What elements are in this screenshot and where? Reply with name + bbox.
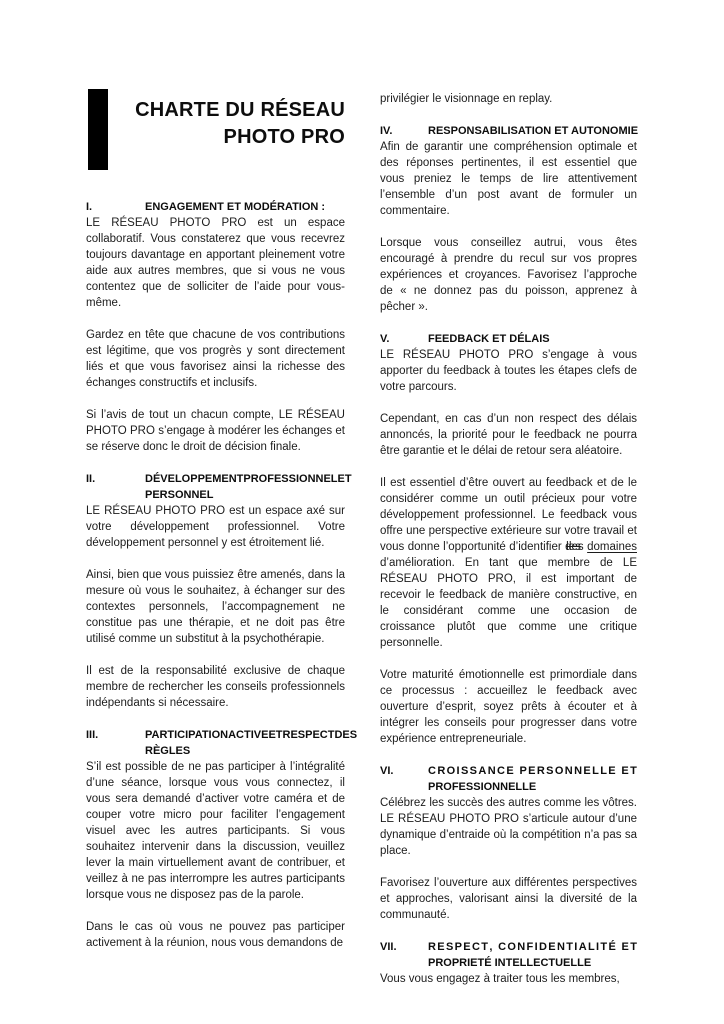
logo-bar <box>88 89 108 170</box>
heading-line: RESPONSABILISATION ET AUTONOMIE <box>428 123 637 139</box>
paragraph-continuation: privilégier le visionnage en replay. <box>380 91 637 107</box>
heading-line: PROPRIETÉ INTELLECTUELLE <box>428 955 637 971</box>
heading-line: CROISSANCE PERSONNELLE ET <box>428 763 637 779</box>
section-heading-7: VII. RESPECT, CONFIDENTIALITÉ ET PROPRIE… <box>380 939 637 971</box>
heading-line: RÈGLES <box>145 743 345 759</box>
section-number: IV. <box>380 123 428 139</box>
section-heading-1: I. ENGAGEMENT ET MODÉRATION : <box>86 199 345 215</box>
section-number: III. <box>86 727 145 759</box>
paragraph: Cependant, en cas d’un non respect des d… <box>380 411 637 459</box>
section-number: II. <box>86 471 145 503</box>
paragraph: Célébrez les succès des autres comme les… <box>380 795 637 859</box>
underlined-text: domaines <box>587 541 637 553</box>
paragraph: Ainsi, bien que vous puissiez être amené… <box>86 567 345 647</box>
page-title: CHARTE DU RÉSEAU PHOTO PRO <box>110 97 345 151</box>
section-number: VII. <box>380 939 428 971</box>
section-heading-2: II. DÉVELOPPEMENTPROFESSIONNELET PERSONN… <box>86 471 345 503</box>
heading-line: ENGAGEMENT ET MODÉRATION : <box>145 199 345 215</box>
heading-line: DÉVELOPPEMENTPROFESSIONNELET <box>145 471 345 487</box>
section-heading-5: V. FEEDBACK ET DÉLAIS <box>380 331 637 347</box>
paragraph-with-revision: Il est essentiel d’être ouvert au feedba… <box>380 475 637 651</box>
page-title-line-1: CHARTE DU RÉSEAU <box>110 97 345 124</box>
paragraph: Si l’avis de tout un chacun compte, LE R… <box>86 407 345 455</box>
tracked-change-word: desles <box>565 539 584 555</box>
column-right: privilégier le visionnage en replay. IV.… <box>380 91 637 1003</box>
paragraph: LE RÉSEAU PHOTO PRO s’engage à vous appo… <box>380 347 637 395</box>
paragraph: Gardez en tête que chacune de vos contri… <box>86 327 345 391</box>
paragraph: Favorisez l’ouverture aux différentes pe… <box>380 875 637 923</box>
section-number: VI. <box>380 763 428 795</box>
section-number: I. <box>86 199 145 215</box>
paragraph: Vous vous engagez à traiter tous les mem… <box>380 971 637 987</box>
column-left: I. ENGAGEMENT ET MODÉRATION : LE RÉSEAU … <box>86 199 345 967</box>
heading-line: PERSONNEL <box>145 487 345 503</box>
paragraph: Il est de la responsabilité exclusive de… <box>86 663 345 711</box>
page-title-line-2: PHOTO PRO <box>110 124 345 151</box>
paragraph: LE RÉSEAU PHOTO PRO est un espace collab… <box>86 215 345 311</box>
tracked-change-old: les <box>566 539 581 555</box>
paragraph: LE RÉSEAU PHOTO PRO est un espace axé su… <box>86 503 345 551</box>
paragraph: Dans le cas où vous ne pouvez pas partic… <box>86 919 345 951</box>
paragraph: S’il est possible de ne pas participer à… <box>86 759 345 903</box>
paragraph: Votre maturité émotionnelle est primordi… <box>380 667 637 747</box>
section-heading-6: VI. CROISSANCE PERSONNELLE ET PROFESSION… <box>380 763 637 795</box>
heading-line: PROFESSIONNELLE <box>428 779 637 795</box>
heading-line: PARTICIPATIONACTIVEETRESPECTDES <box>145 727 345 743</box>
section-number: V. <box>380 331 428 347</box>
paragraph-text: d’amélioration. En tant que membre de LE… <box>380 557 637 649</box>
heading-line: FEEDBACK ET DÉLAIS <box>428 331 637 347</box>
document-page: CHARTE DU RÉSEAU PHOTO PRO I. ENGAGEMENT… <box>0 0 724 1024</box>
paragraph: Afin de garantir une compréhension optim… <box>380 139 637 219</box>
heading-line: RESPECT, CONFIDENTIALITÉ ET <box>428 939 637 955</box>
section-heading-4: IV. RESPONSABILISATION ET AUTONOMIE <box>380 123 637 139</box>
section-heading-3: III. PARTICIPATIONACTIVEETRESPECTDES RÈG… <box>86 727 345 759</box>
paragraph: Lorsque vous conseillez autrui, vous ête… <box>380 235 637 315</box>
